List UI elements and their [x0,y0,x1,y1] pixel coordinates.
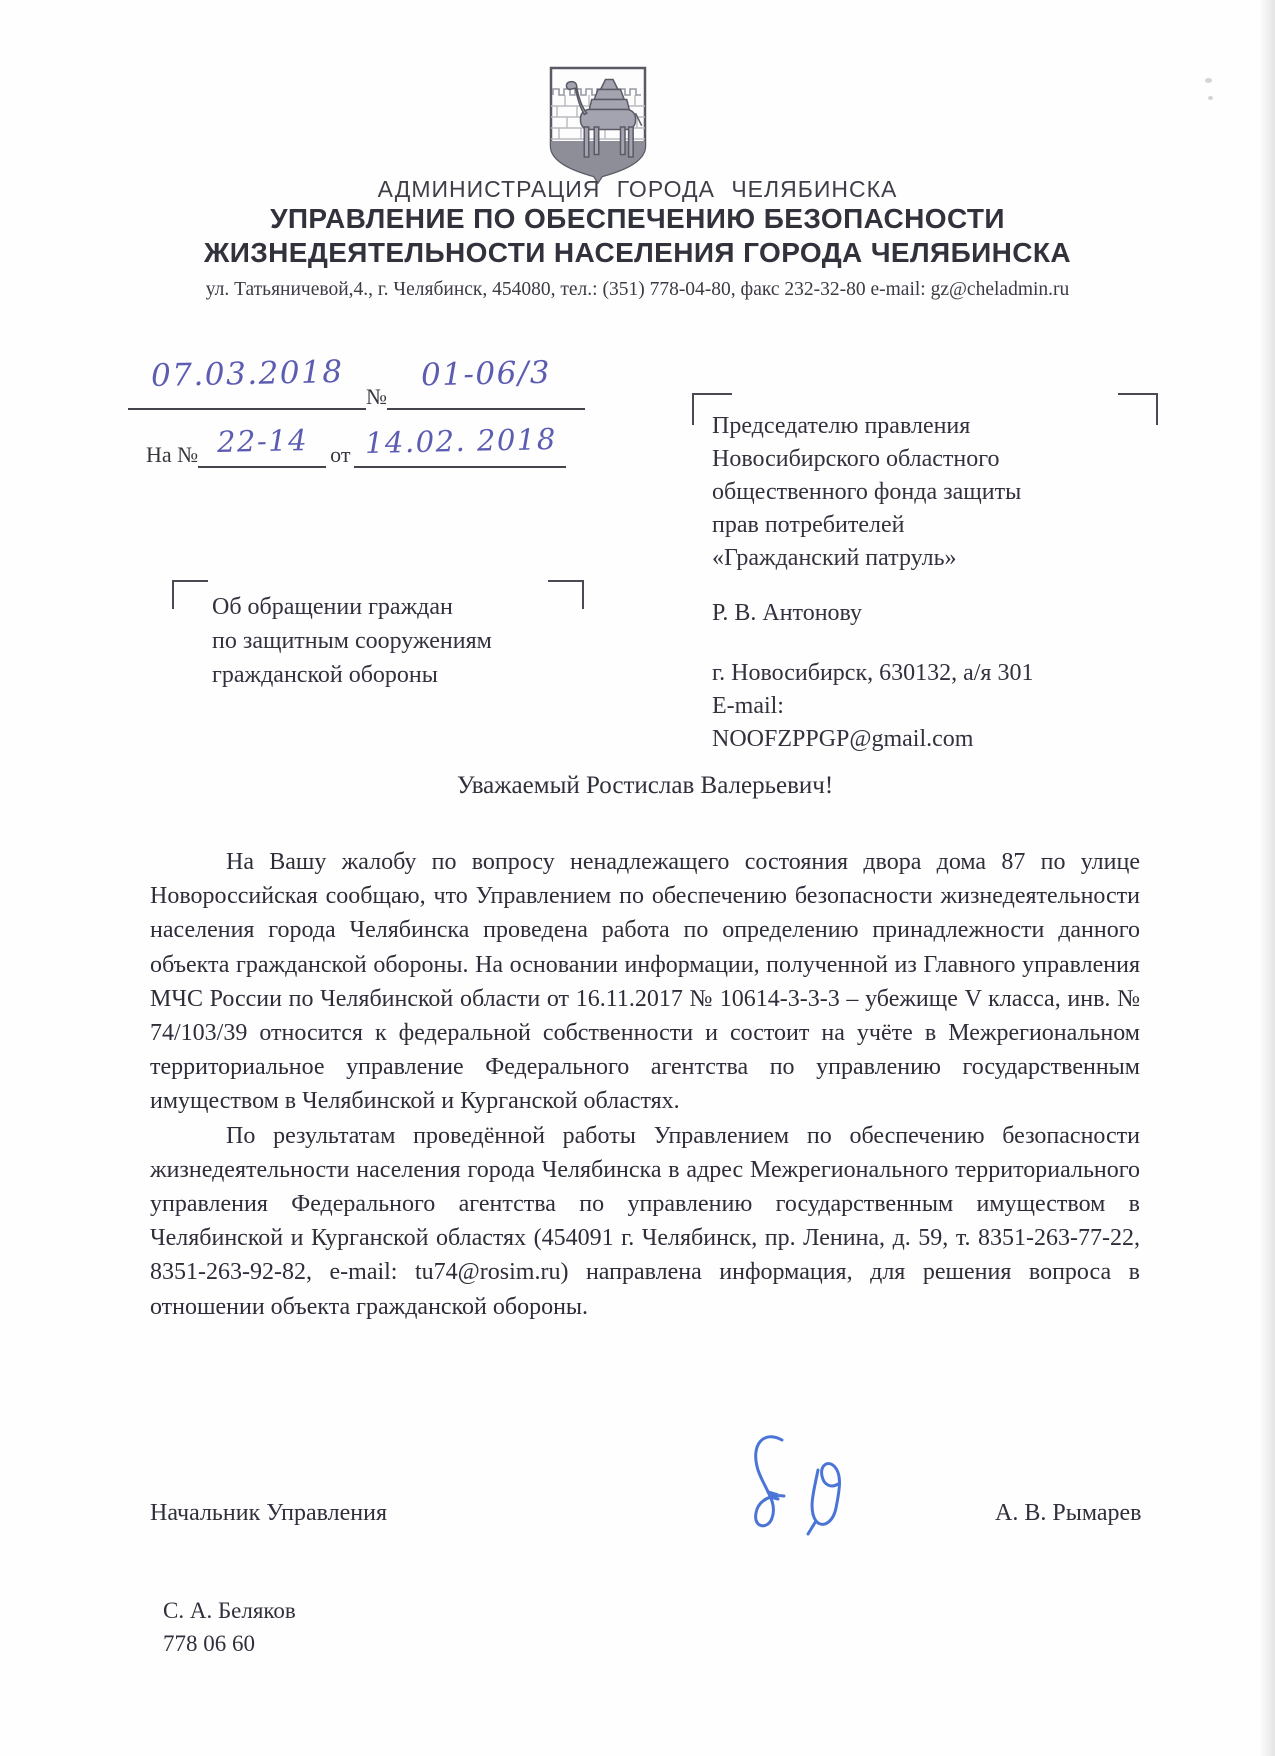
signer-name: А. В. Рымарев [995,1500,1141,1527]
chelyabinsk-coat-of-arms-icon [545,64,651,184]
department-name-line1: УПРАВЛЕНИЕ ПО ОБЕСПЕЧЕНИЮ БЕЗОПАСНОСТИ [0,203,1275,235]
recipient-email-label: E-mail: [712,690,1142,723]
recipient-line: Председателю правления [712,410,1142,443]
letterhead-contact-line: ул. Татьяничевой,4., г. Челябинск, 45408… [0,279,1275,301]
recipient-name: Р. В. Антонову [712,597,1142,630]
reply-number-field: 22-14 [198,424,326,468]
body-paragraph-1: На Вашу жалобу по вопросу ненадлежащего … [150,845,1140,1119]
administration-title: АДМИНИСТРАЦИЯ ГОРОДА ЧЕЛЯБИНСКА [0,176,1275,203]
executor-phone: 778 06 60 [163,1631,255,1657]
recipient-line: прав потребителей [712,509,1142,542]
outgoing-number-handwritten: 01-06/3 [421,355,552,394]
recipient-block: Председателю правления Новосибирского об… [712,410,1142,756]
scanned-letter-page: АДМИНИСТРАЦИЯ ГОРОДА ЧЕЛЯБИНСКА УПРАВЛЕН… [0,0,1275,1756]
reply-prefix-label: На № [146,442,198,467]
recipient-line: Новосибирского областного [712,443,1142,476]
recipient-email: NOOFZPPGP@gmail.com [712,723,1142,756]
scan-artifact [1208,96,1213,100]
letter-body: На Вашу жалобу по вопросу ненадлежащего … [150,845,1140,1324]
subject-corner-bracket-left [172,580,208,609]
recipient-address: г. Новосибирск, 630132, а/я 301 [712,657,1142,690]
outgoing-number-field: 01-06/3 [387,356,585,410]
outgoing-date-handwritten: 07.03.2018 [150,354,343,394]
outgoing-reference-line: 07.03.2018№01-06/3 [128,356,585,410]
department-name-line2: ЖИЗНЕДЕЯТЕЛЬНОСТИ НАСЕЛЕНИЯ ГОРОДА ЧЕЛЯБ… [0,237,1275,269]
reply-date-handwritten: 14.02. 2018 [364,422,556,460]
subject-line: гражданской обороны [212,658,572,692]
reply-from-label: от [330,442,350,467]
salutation: Уважаемый Ростислав Валерьевич! [150,772,1140,800]
recipient-line: «Гражданский патруль» [712,542,1142,575]
outgoing-date-field: 07.03.2018 [128,356,366,410]
recipient-line: общественного фонда защиты [712,476,1142,509]
reply-date-field: 14.02. 2018 [354,424,566,468]
subject-line: по защитным сооружениям [212,624,572,658]
scan-artifact [1205,78,1212,83]
executor-name: С. А. Беляков [163,1598,296,1624]
incoming-reference-line: На №22-14 от 14.02. 2018 [146,424,566,468]
subject-block: Об обращении граждан по защитным сооруже… [212,590,572,692]
handwritten-signature-icon [720,1428,890,1553]
subject-line: Об обращении граждан [212,590,572,624]
reply-number-handwritten: 22-14 [216,423,308,459]
signer-position: Начальник Управления [150,1500,387,1527]
number-sign: № [366,384,387,409]
body-paragraph-2: По результатам проведённой работы Управл… [150,1119,1140,1324]
